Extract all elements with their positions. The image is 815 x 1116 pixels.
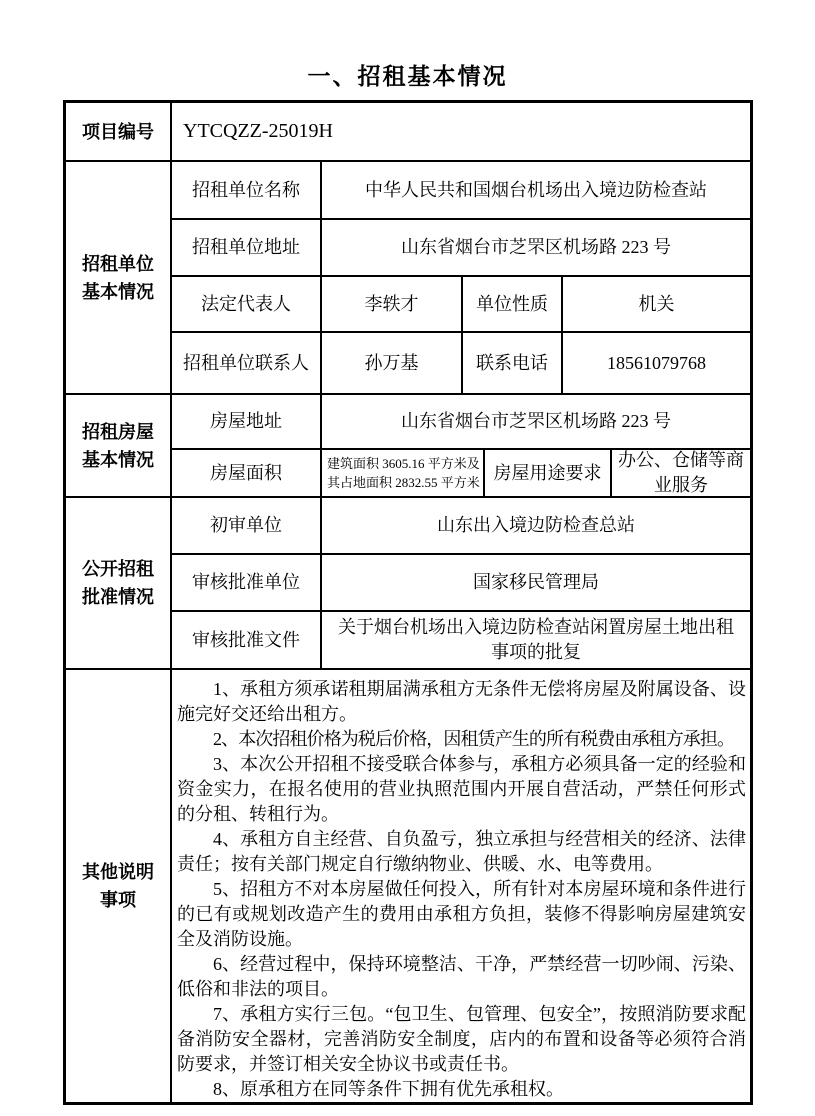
phone-value: 18561079768 bbox=[563, 333, 750, 393]
house-address-value: 山东省烟台市芝罘区机场路 223 号 bbox=[322, 395, 750, 448]
house-area-value: 建筑面积 3605.16 平方米及其占地面积 2832.55 平方米 bbox=[322, 450, 485, 496]
lease-info-table: 项目编号 YTCQZZ-25019H 招租单位基本情况 招租单位名称 中华人民共… bbox=[63, 100, 753, 1105]
house-section-header: 招租房屋基本情况 bbox=[66, 395, 172, 496]
approval-doc-value: 关于烟台机场出入境边防检查站闲置房屋土地出租事项的批复 bbox=[322, 612, 750, 668]
approval-org-row: 审核批准单位 国家移民管理局 bbox=[172, 553, 750, 610]
note-item-4: 4、承租方自主经营、自负盈亏，独立承担与经营相关的经济、法律责任；按有关部门规定… bbox=[177, 827, 746, 877]
org-address-row: 招租单位地址 山东省烟台市芝罘区机场路 223 号 bbox=[172, 218, 750, 275]
notes-section: 其他说明事项 1、承租方须承诺租期届满承租方无条件无偿将房屋及附属设备、设施完好… bbox=[66, 668, 750, 1102]
approval-doc-label: 审核批准文件 bbox=[172, 612, 322, 668]
org-name-label: 招租单位名称 bbox=[172, 162, 322, 218]
document-page: 一、招租基本情况 项目编号 YTCQZZ-25019H 招租单位基本情况 招租单… bbox=[0, 0, 815, 1116]
project-number-label: 项目编号 bbox=[66, 103, 172, 160]
house-address-row: 房屋地址 山东省烟台市芝罘区机场路 223 号 bbox=[172, 395, 750, 448]
approval-section: 公开招租批准情况 初审单位 山东出入境边防检查总站 审核批准单位 国家移民管理局… bbox=[66, 496, 750, 668]
approval-doc-row: 审核批准文件 关于烟台机场出入境边防检查站闲置房屋土地出租事项的批复 bbox=[172, 610, 750, 668]
note-item-1: 1、承租方须承诺租期届满承租方无条件无偿将房屋及附属设备、设施完好交还给出租方。 bbox=[177, 677, 746, 727]
note-item-5: 5、招租方不对本房屋做任何投入，所有针对本房屋环境和条件进行的已有或规划改造产生… bbox=[177, 877, 746, 952]
note-item-3: 3、本次公开招租不接受联合体参与，承租方必须具备一定的经验和资金实力，在报名使用… bbox=[177, 752, 746, 827]
org-type-value: 机关 bbox=[563, 277, 750, 331]
approval-section-body: 初审单位 山东出入境边防检查总站 审核批准单位 国家移民管理局 审核批准文件 关… bbox=[172, 498, 750, 668]
org-name-row: 招租单位名称 中华人民共和国烟台机场出入境边防检查站 bbox=[172, 162, 750, 218]
initial-review-value: 山东出入境边防检查总站 bbox=[322, 498, 750, 553]
legal-rep-value: 李轶才 bbox=[322, 277, 463, 331]
contact-label: 招租单位联系人 bbox=[172, 333, 322, 393]
notes-section-header: 其他说明事项 bbox=[66, 670, 172, 1102]
project-number-row: 项目编号 YTCQZZ-25019H bbox=[66, 103, 750, 160]
house-area-row: 房屋面积 建筑面积 3605.16 平方米及其占地面积 2832.55 平方米 … bbox=[172, 448, 750, 496]
org-address-value: 山东省烟台市芝罘区机场路 223 号 bbox=[322, 220, 750, 275]
approval-section-header: 公开招租批准情况 bbox=[66, 498, 172, 668]
legal-rep-row: 法定代表人 李轶才 单位性质 机关 bbox=[172, 275, 750, 331]
initial-review-label: 初审单位 bbox=[172, 498, 322, 553]
org-name-value: 中华人民共和国烟台机场出入境边防检查站 bbox=[322, 162, 750, 218]
page-title: 一、招租基本情况 bbox=[0, 58, 815, 91]
house-address-label: 房屋地址 bbox=[172, 395, 322, 448]
contact-row: 招租单位联系人 孙万基 联系电话 18561079768 bbox=[172, 331, 750, 393]
house-usage-value: 办公、仓储等商业服务 bbox=[612, 450, 750, 496]
contact-value: 孙万基 bbox=[322, 333, 463, 393]
initial-review-row: 初审单位 山东出入境边防检查总站 bbox=[172, 498, 750, 553]
notes-content: 1、承租方须承诺租期届满承租方无条件无偿将房屋及附属设备、设施完好交还给出租方。… bbox=[172, 670, 750, 1102]
phone-label: 联系电话 bbox=[463, 333, 563, 393]
house-usage-label: 房屋用途要求 bbox=[485, 450, 612, 496]
org-section-header: 招租单位基本情况 bbox=[66, 162, 172, 393]
note-item-8: 8、原承租方在同等条件下拥有优先承租权。 bbox=[177, 1077, 746, 1102]
org-type-label: 单位性质 bbox=[463, 277, 563, 331]
org-section: 招租单位基本情况 招租单位名称 中华人民共和国烟台机场出入境边防检查站 招租单位… bbox=[66, 160, 750, 393]
org-address-label: 招租单位地址 bbox=[172, 220, 322, 275]
note-item-2: 2、本次招租价格为税后价格，因租赁产生的所有税费由承租方承担。 bbox=[177, 727, 746, 752]
house-area-label: 房屋面积 bbox=[172, 450, 322, 496]
note-item-7: 7、承租方实行三包。“包卫生、包管理、包安全”，按照消防要求配备消防安全器材，完… bbox=[177, 1002, 746, 1077]
approval-org-label: 审核批准单位 bbox=[172, 555, 322, 610]
house-section-body: 房屋地址 山东省烟台市芝罘区机场路 223 号 房屋面积 建筑面积 3605.1… bbox=[172, 395, 750, 496]
legal-rep-label: 法定代表人 bbox=[172, 277, 322, 331]
approval-org-value: 国家移民管理局 bbox=[322, 555, 750, 610]
org-section-body: 招租单位名称 中华人民共和国烟台机场出入境边防检查站 招租单位地址 山东省烟台市… bbox=[172, 162, 750, 393]
note-item-6: 6、经营过程中，保持环境整洁、干净，严禁经营一切吵闹、污染、低俗和非法的项目。 bbox=[177, 952, 746, 1002]
project-number-value: YTCQZZ-25019H bbox=[172, 103, 750, 160]
house-section: 招租房屋基本情况 房屋地址 山东省烟台市芝罘区机场路 223 号 房屋面积 建筑… bbox=[66, 393, 750, 496]
